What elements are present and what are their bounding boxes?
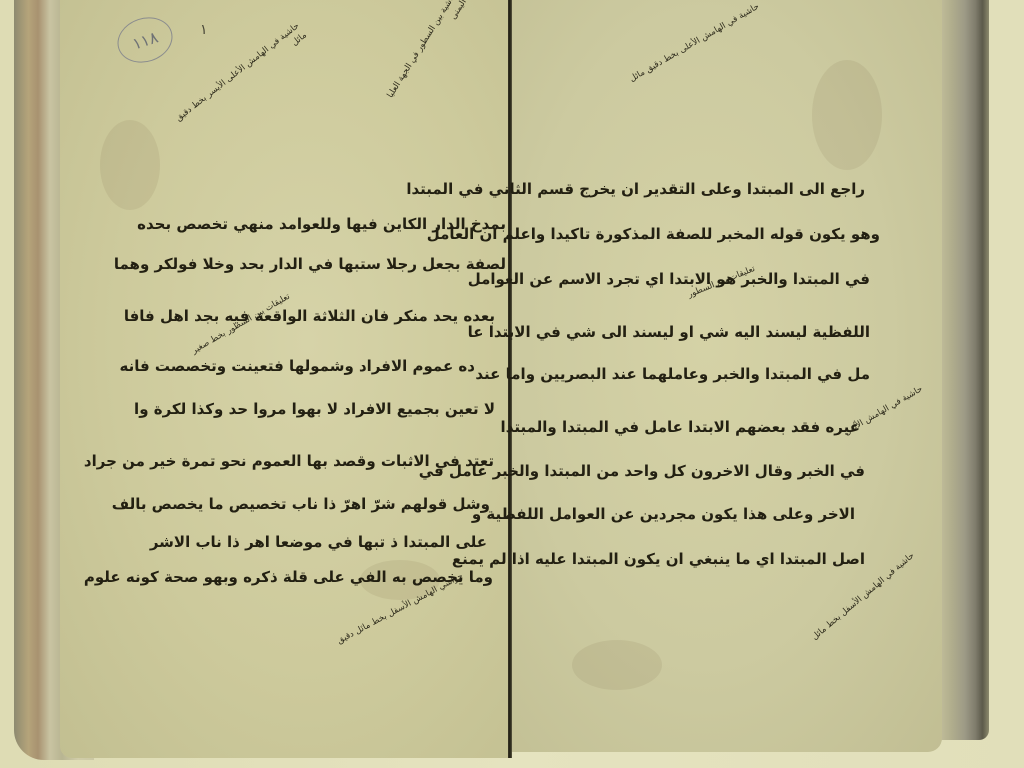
main-text-line: بعده يحد منكر فان الثلاثة الواقعة فيه بج… bbox=[255, 307, 495, 325]
marginal-gloss: حاشية في الهامش الأعلى الأيسر بخط دقيق م… bbox=[161, 20, 310, 144]
main-text-line: لا تعين بجميع الافراد لا بهوا مروا حد وك… bbox=[255, 400, 495, 418]
main-text-line: مل في المبتدا والخبر وعاملهما عند البصري… bbox=[570, 365, 870, 383]
main-text-line: الاخر وعلى هذا يكون مجردين عن العوامل ال… bbox=[570, 505, 855, 523]
marginal-gloss: حواشي الهامش الأسفل بخط مائل دقيق bbox=[195, 570, 466, 721]
left-page: حاشية في الهامش الأعلى الأيسر بخط دقيق م… bbox=[60, 0, 510, 758]
main-text-line: غيره فقد بعضهم الابتدا عامل في المبتدا و… bbox=[580, 418, 860, 436]
folio-mark: ١ bbox=[200, 22, 208, 38]
main-text-line: وهو يكون قوله المخبر للصفة المذكورة تاكي… bbox=[560, 225, 880, 243]
main-text-line: راجع الى المبتدا وعلى التقدير ان يخرج قس… bbox=[565, 180, 865, 198]
main-text-line: لصفة بجعل رجلا ستبها في الدار بحد وخلا ف… bbox=[200, 255, 506, 273]
main-text-line: اصل المبتدا اي ما ينبغي ان يكون المبتدا … bbox=[575, 550, 865, 568]
main-text-line: اللفظية ليسند اليه شي او ليسند الى شي في… bbox=[570, 323, 870, 341]
marginal-gloss: حاشية بين السطور في الجهة العليا اليمنى bbox=[380, 0, 469, 113]
main-text-line: وشل قولهم شرّ اهرّ ذا ناب تخصيص ما يخصص … bbox=[258, 495, 490, 513]
paper-stain bbox=[100, 120, 160, 210]
book-cover-right-edge bbox=[935, 0, 989, 740]
paper-stain bbox=[572, 640, 662, 690]
main-text-line: وما يخصص به الفي على قلة ذكره وبهو صحة ك… bbox=[268, 568, 493, 586]
paper-stain bbox=[812, 60, 882, 170]
main-text-line: ده عموم الافراد وشمولها فتعينت وتخصصت فا… bbox=[260, 357, 475, 375]
main-text-line: في المبتدا والخبر هو الابتدا اي تجرد الا… bbox=[565, 270, 870, 288]
main-text-line: في الخبر وقال الاخرون كل واحد من المبتدا… bbox=[575, 462, 865, 480]
main-text-line: على المبتدا ذ تبها في موضعا اهر ذا ناب ا… bbox=[262, 533, 487, 551]
marginal-gloss: حاشية في الهامش الأعلى بخط دقيق مائل bbox=[582, 1, 761, 111]
